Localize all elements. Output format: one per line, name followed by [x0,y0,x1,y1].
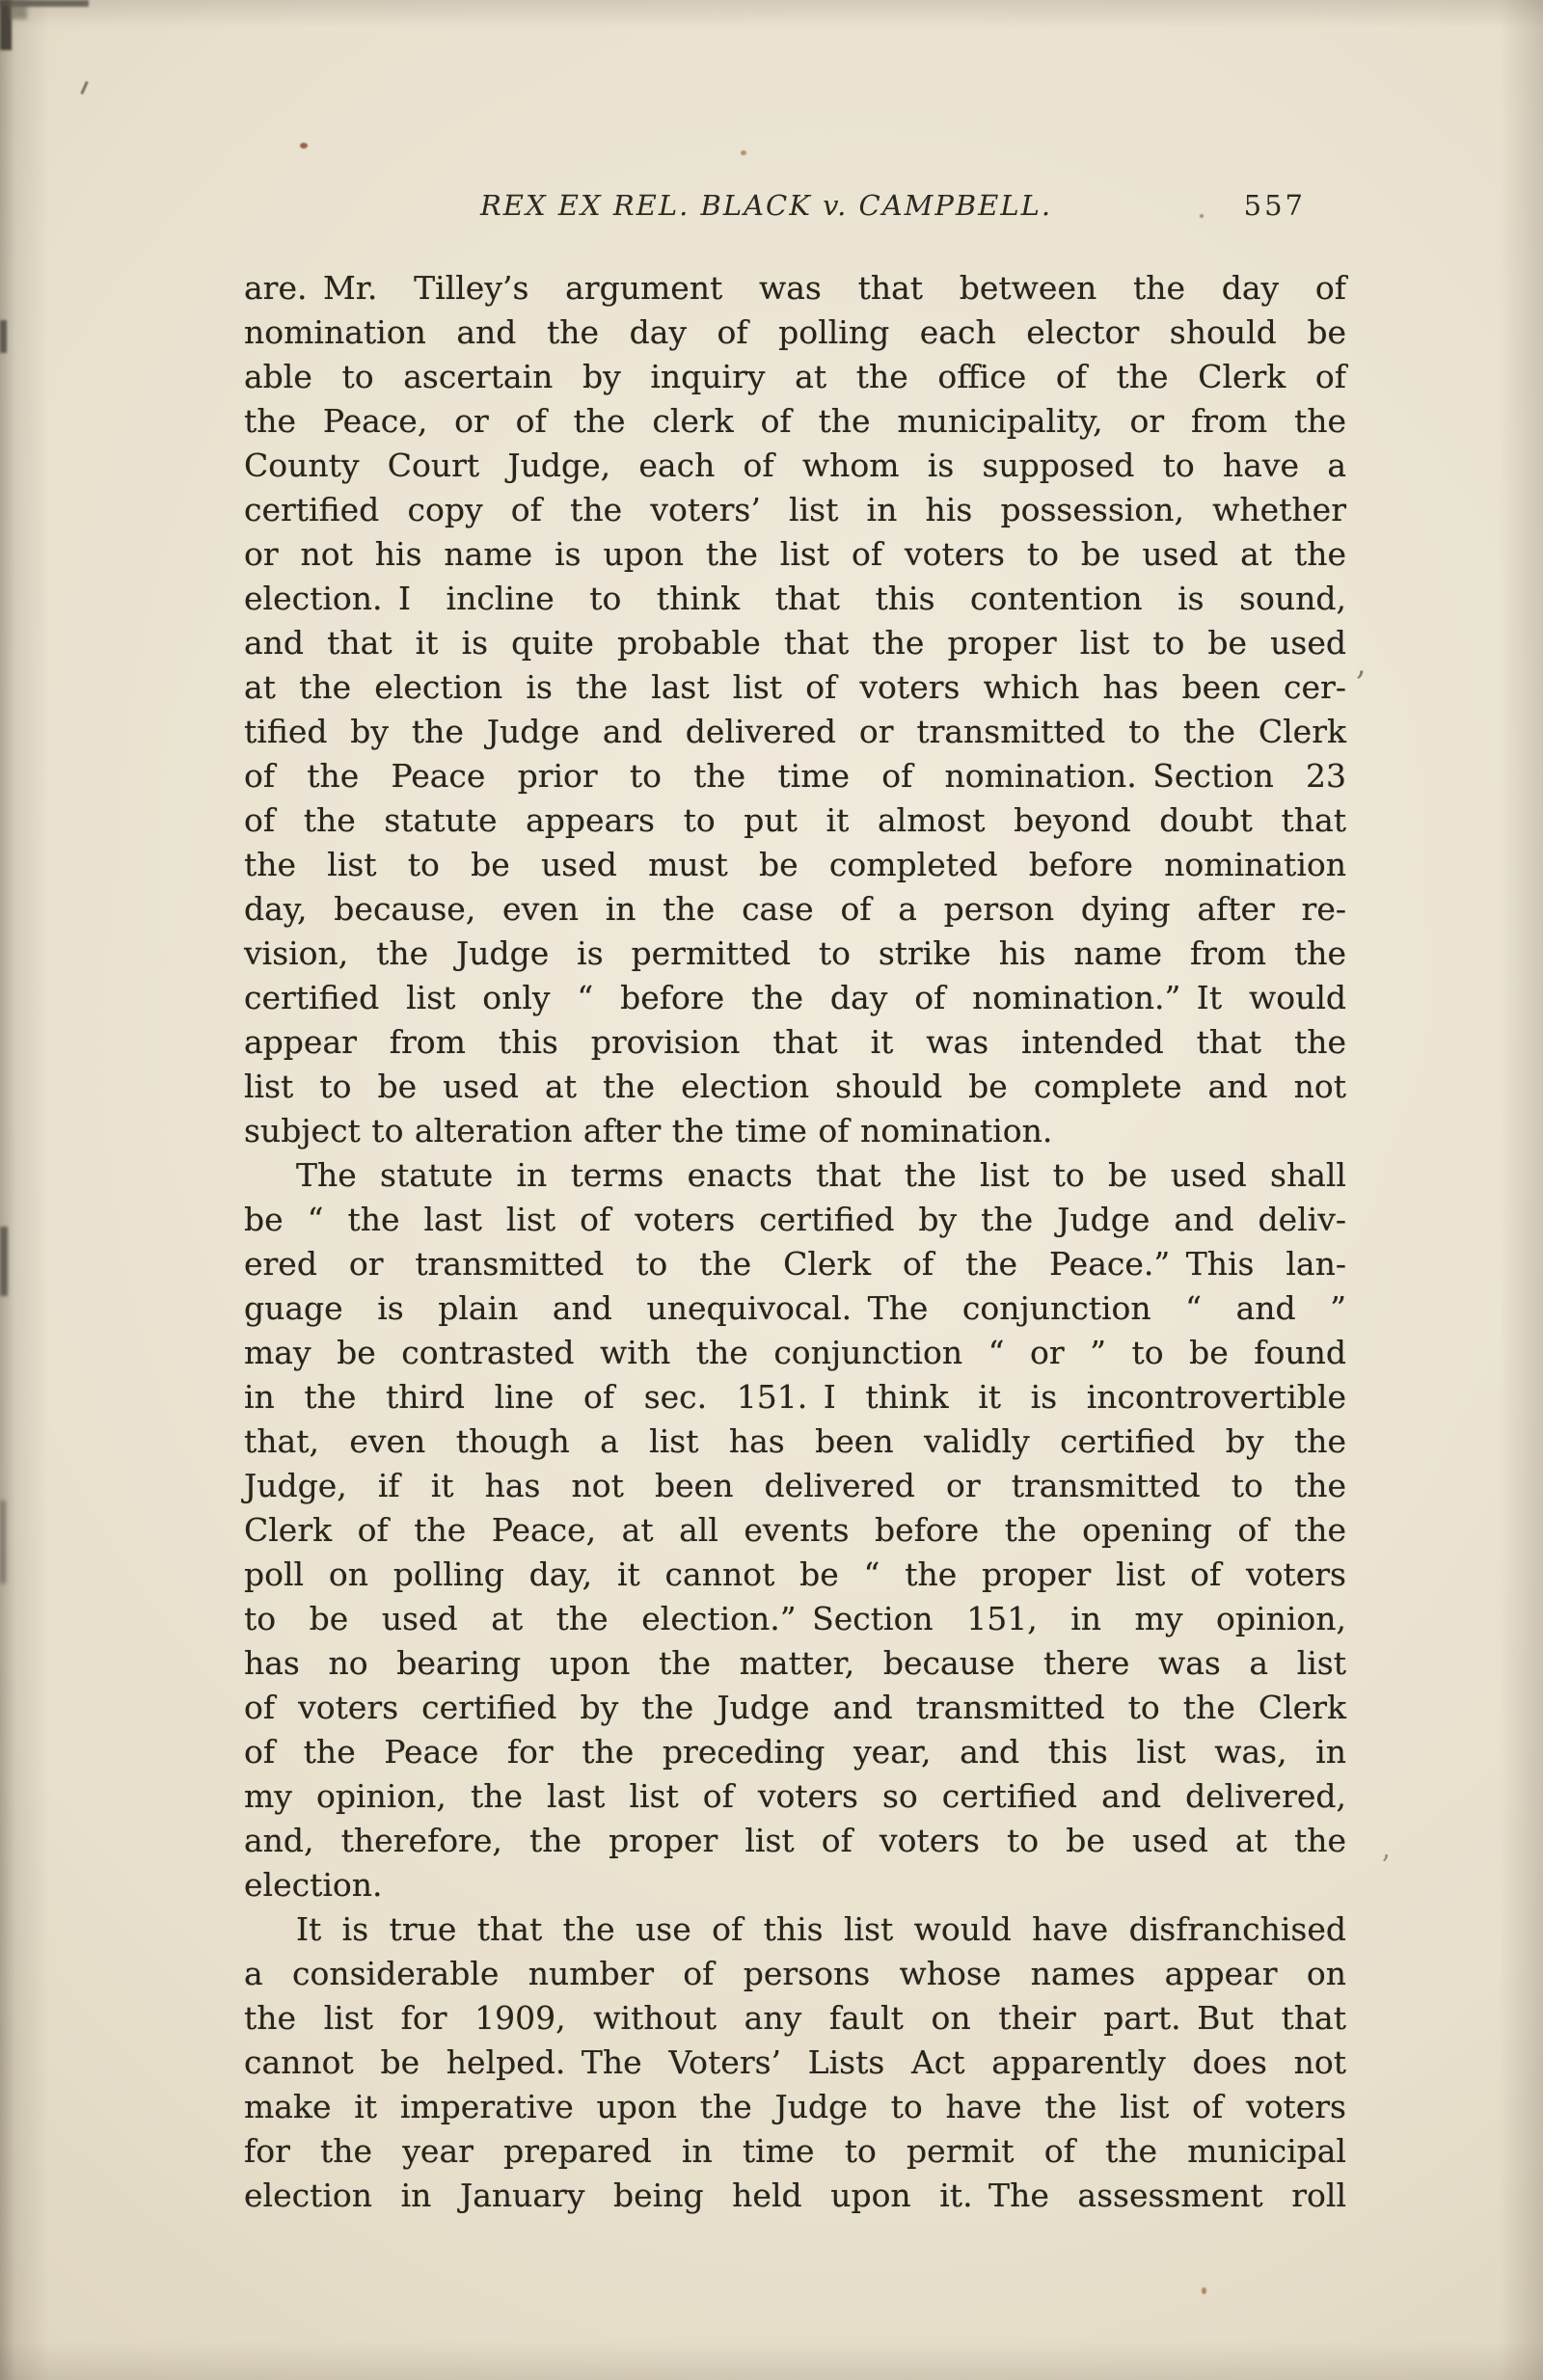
text-line: cannot be helped. The Voters’ Lists Act … [244,2041,1346,2085]
text-line: list to be used at the election should b… [244,1065,1346,1109]
text-line: a considerable number of persons whose n… [244,1952,1346,1996]
text-line: of the statute appears to put it almost … [244,798,1346,843]
scan-artifact-stray-mark: ’ [1381,1850,1391,1883]
text-line: day, because, even in the case of a pers… [244,887,1346,932]
text-line: certified list only “ before the day of … [244,976,1346,1020]
scan-artifact-speck [741,150,746,155]
running-title: REX EX REL. BLACK v. CAMPBELL. [215,183,1317,228]
text-line: of the Peace for the preceding year, and… [244,1730,1346,1774]
paragraph: are. Mr. Tilley’s argument was that betw… [244,266,1346,1153]
text-line: election. I incline to think that this c… [244,577,1346,621]
text-line: and that it is quite probable that the p… [244,621,1346,665]
scan-artifact-left-edge-tick [0,1227,8,1296]
scan-artifact-left-edge-tick [0,320,7,353]
scan-artifact-stray-comma: , [1356,644,1367,683]
text-line: has no bearing upon the matter, because … [244,1641,1346,1686]
text-line: be “ the last list of voters certified b… [244,1198,1346,1242]
page-body: are. Mr. Tilley’s argument was that betw… [244,266,1346,2218]
text-line: vision, the Judge is permitted to strike… [244,932,1346,976]
text-line: nomination and the day of polling each e… [244,311,1346,355]
text-line: for the year prepared in time to permit … [244,2129,1346,2174]
text-line: Clerk of the Peace, at all events before… [244,1508,1346,1553]
text-line: of voters certified by the Judge and tra… [244,1686,1346,1730]
text-line: may be contrasted with the conjunction “… [244,1331,1346,1375]
scan-artifact-top-edge [0,0,89,7]
text-line: the Peace, or of the clerk of the munici… [244,399,1346,444]
text-line: my opinion, the last list of voters so c… [244,1774,1346,1819]
text-line: in the third line of sec. 151. I think i… [244,1375,1346,1420]
text-line: Judge, if it has not been delivered or t… [244,1464,1346,1508]
text-line: make it imperative upon the Judge to hav… [244,2085,1346,2129]
text-line: tified by the Judge and delivered or tra… [244,710,1346,754]
page-number: 557 [1244,183,1306,228]
text-line: at the election is the last list of vote… [244,665,1346,710]
text-line: The statute in terms enacts that the lis… [244,1153,1346,1198]
text-line: election in January being held upon it. … [244,2174,1346,2218]
text-line: appear from this provision that it was i… [244,1020,1346,1065]
text-line: the list to be used must be completed be… [244,843,1346,887]
text-line: ered or transmitted to the Clerk of the … [244,1242,1346,1286]
page-content: REX EX REL. BLACK v. CAMPBELL. 557 are. … [244,183,1346,2218]
scan-artifact-binding-corner [0,0,12,50]
scan-artifact-corner-smudge [10,0,27,19]
paragraph: It is true that the use of this list wou… [244,1907,1346,2218]
text-line: of the Peace prior to the time of nomina… [244,754,1346,798]
text-line: certified copy of the voters’ list in hi… [244,488,1346,532]
text-line: subject to alteration after the time of … [244,1109,1346,1153]
paragraph: The statute in terms enacts that the lis… [244,1153,1346,1907]
text-line: and, therefore, the proper list of voter… [244,1819,1346,1863]
text-line: able to ascertain by inquiry at the offi… [244,355,1346,399]
text-line: are. Mr. Tilley’s argument was that betw… [244,266,1346,311]
text-line: or not his name is upon the list of vote… [244,532,1346,577]
text-line: to be used at the election.” Section 151… [244,1597,1346,1641]
text-line: guage is plain and unequivocal. The conj… [244,1286,1346,1331]
text-line: It is true that the use of this list wou… [244,1907,1346,1952]
page-header: REX EX REL. BLACK v. CAMPBELL. 557 [244,183,1346,228]
text-line: poll on polling day, it cannot be “ the … [244,1553,1346,1597]
scan-artifact-speck [1202,2287,1206,2294]
scan-artifact-left-edge-tick [0,1501,6,1583]
text-line: the list for 1909, without any fault on … [244,1996,1346,2041]
text-line: County Court Judge, each of whom is supp… [244,444,1346,488]
scan-artifact-pen-mark [80,81,88,95]
text-line: election. [244,1863,1346,1907]
text-line: that, even though a list has been validl… [244,1420,1346,1464]
scan-artifact-speck [300,143,308,149]
scanned-page: { "header": { "running_title": "REX EX R… [0,0,1543,2380]
